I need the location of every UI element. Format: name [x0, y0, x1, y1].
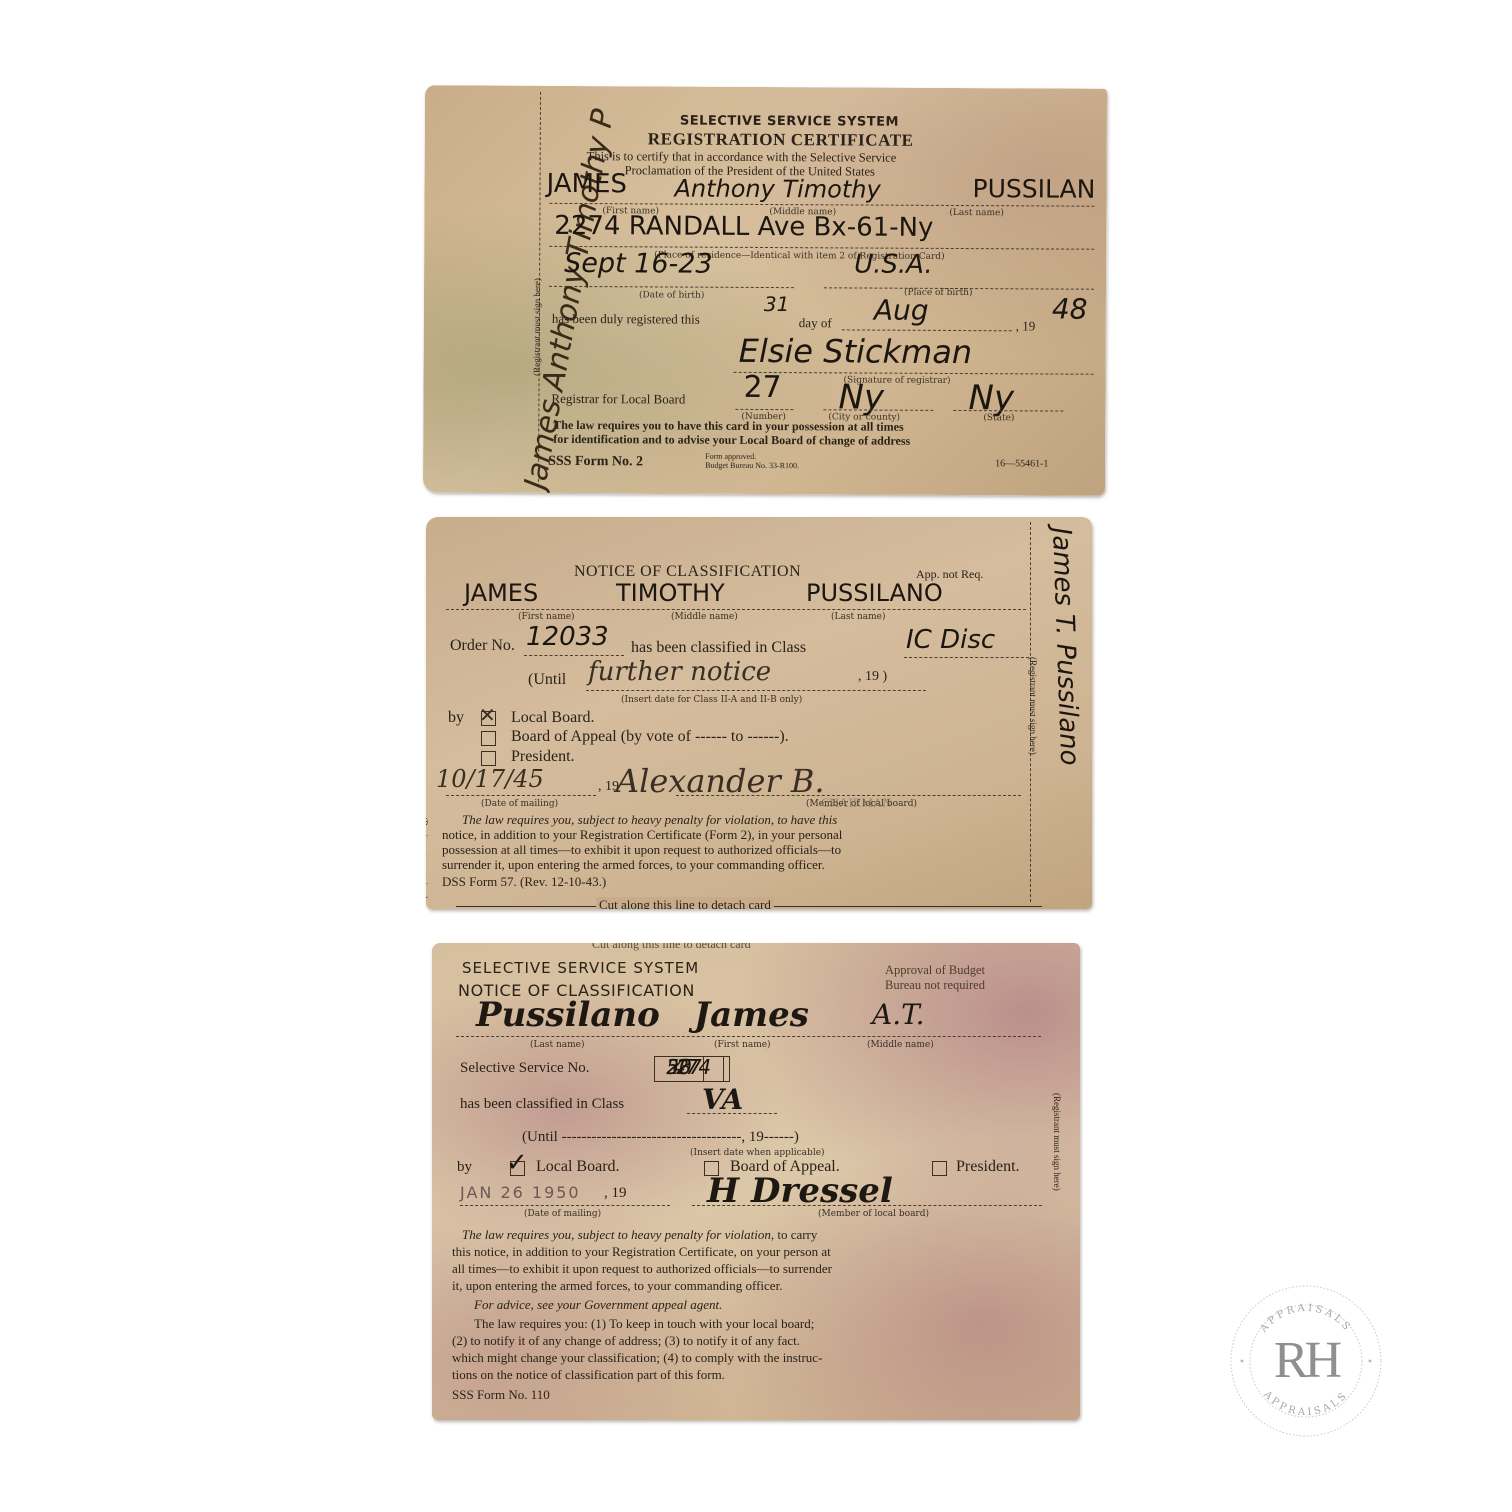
- watermark-monogram: RH: [1228, 1331, 1384, 1390]
- until-open: (Until: [528, 671, 566, 689]
- card3-law-line2: this notice, in addition to your Registr…: [452, 1244, 831, 1260]
- registration-certificate-card: (Registrant must sign here) James Anthon…: [423, 85, 1107, 496]
- cut-line: Cut along this line to detach card: [596, 897, 774, 909]
- board-of-appeal-checkbox: [481, 731, 496, 746]
- card3-until-text: (Until ---------------------------------…: [522, 1129, 799, 1146]
- option-board-of-appeal: Board of Appeal (by vote of ------ to --…: [511, 728, 789, 746]
- card1-dob-caption: (Date of birth): [639, 290, 704, 300]
- registered-month: Aug: [874, 294, 929, 327]
- date-of-mailing: 10/17/45: [436, 765, 544, 793]
- card3-law-line3: all times—to exhibit it upon request to …: [452, 1261, 832, 1277]
- order-label: Order No.: [450, 637, 515, 655]
- rh-appraisals-watermark-logo: APPRAISALS APPRAISALS RH: [1228, 1283, 1384, 1439]
- card1-law-line2: for identification and to advise your Lo…: [553, 432, 910, 449]
- date-caption: (Date of mailing): [524, 1209, 601, 1219]
- last-name-caption: (Last name): [530, 1040, 584, 1050]
- card2-law-italic: The law requires you, subject to heavy p…: [462, 812, 837, 828]
- card3-option-president: President.: [956, 1158, 1020, 1176]
- ss-no-label: Selective Service No.: [460, 1060, 590, 1077]
- card1-residence: 2274 RANDALL Ave Bx-61-Ny: [554, 211, 933, 243]
- ss-no-box: 474: [654, 1056, 730, 1082]
- first-name-caption: (First name): [518, 612, 575, 622]
- date-caption: (Date of mailing): [481, 799, 558, 809]
- card1-title: REGISTRATION CERTIFICATE: [648, 129, 914, 150]
- card3-law-italic: The law requires you, subject to heavy p…: [462, 1227, 774, 1242]
- last-name-caption: (Last name): [831, 612, 885, 622]
- registered-day: 31: [764, 292, 790, 316]
- form-approved: Form approved.: [705, 452, 756, 461]
- card3-class-value: VA: [702, 1083, 743, 1116]
- card1-last-name: PUSSILAN: [972, 174, 1095, 204]
- card2-law-line2: notice, in addition to your Registration…: [442, 827, 842, 843]
- by-label: by: [448, 709, 464, 727]
- card3-header: SELECTIVE SERVICE SYSTEM: [462, 959, 699, 977]
- registered-year: 48: [1052, 293, 1088, 326]
- middle-name-caption: (Middle name): [867, 1040, 934, 1050]
- registrar-signature: Elsie Stickman: [739, 332, 973, 371]
- date-stamp: JAN 26 1950: [460, 1183, 581, 1202]
- classified-text: has been classified in Class: [631, 639, 806, 657]
- approval-line2: Bureau not required: [885, 978, 985, 993]
- until-caption: (Insert date for Class II-A and II-B onl…: [621, 695, 802, 705]
- card2-last-name: PUSSILANO: [806, 579, 943, 607]
- card2-form-no: DSS Form 57. (Rev. 12-10-43.): [442, 874, 606, 890]
- president-checkbox: [932, 1161, 947, 1176]
- top-cut-line: Cut along this line to detach card: [592, 943, 751, 952]
- card2-law-line3: possession at all times—to exhibit it up…: [442, 842, 841, 858]
- req-line3: which might change your classification; …: [452, 1350, 822, 1366]
- registered-text: has been duly registered this: [552, 311, 700, 328]
- option-president: President.: [511, 748, 575, 766]
- card3-form-no: SSS Form No. 110: [452, 1387, 550, 1403]
- until-value: further notice: [588, 657, 771, 687]
- registrant-sign-caption: (Registrant must sign here): [1052, 1093, 1062, 1191]
- day-of-text: day of: [799, 315, 832, 331]
- checkmark-x-icon: ✕: [479, 703, 496, 727]
- card2-law-line4: surrender it, upon entering the armed fo…: [442, 857, 825, 873]
- order-number: 12033: [526, 622, 609, 652]
- card2-middle-name: TIMOTHY: [616, 579, 725, 607]
- first-name-caption: (First name): [714, 1040, 771, 1050]
- approval-line1: Approval of Budget: [885, 963, 985, 978]
- card1-date-of-birth: Sept 16-23: [564, 248, 713, 280]
- registrant-side-signature: James T. Pussilano: [1046, 527, 1084, 766]
- card1-last-name-caption: (Last name): [949, 208, 1004, 218]
- budget-bureau: Budget Bureau No. 33-R100.: [705, 461, 799, 470]
- notice-of-classification-1950-card: Cut along this line to detach card (Regi…: [432, 943, 1080, 1420]
- card3-law-line4: it, upon entering the armed forces, to y…: [452, 1278, 782, 1294]
- req-line2: (2) to notify it of any change of addres…: [452, 1333, 800, 1349]
- card3-by-label: by: [457, 1159, 472, 1176]
- left-sign-caption: (Registrant must sign here): [426, 817, 429, 909]
- notice-of-classification-1945-card: (Registrant must sign here) (Registrant …: [426, 517, 1092, 909]
- until-caption: (Insert date when applicable): [690, 1148, 825, 1158]
- card3-classified-text: has been classified in Class: [460, 1096, 624, 1113]
- card3-law-line1-end: to carry: [774, 1227, 817, 1242]
- chairman-stamp: CHAIRMAN: [821, 795, 892, 811]
- card3-option-local-board: Local Board.: [536, 1158, 620, 1176]
- class-value: IC Disc: [906, 625, 995, 655]
- registrant-sign-caption: (Registrant must sign here): [1028, 657, 1038, 755]
- card1-first-name: JAMES: [546, 169, 627, 199]
- card1-header: SELECTIVE SERVICE SYSTEM: [680, 114, 899, 130]
- year-prefix: , 19: [1016, 318, 1036, 334]
- card2-first-name: JAMES: [464, 579, 538, 607]
- req-line4: tions on the notice of classification pa…: [452, 1367, 725, 1383]
- checkmark-icon: ✓: [506, 1148, 528, 1178]
- advice-text: For advice, see your Government appeal a…: [474, 1297, 722, 1313]
- card3-first-name: James: [694, 995, 809, 1035]
- state-caption: (State): [983, 413, 1014, 423]
- card3-last-name: Pussilano: [476, 995, 660, 1035]
- option-local-board: Local Board.: [511, 709, 595, 727]
- card1-serial: 16—55461-1: [995, 458, 1048, 469]
- board-member-caption: (Member of local board): [818, 1209, 929, 1219]
- year-prefix: , 19: [604, 1185, 627, 1202]
- local-board-label: Registrar for Local Board: [551, 391, 685, 408]
- local-board-number: 27: [743, 370, 781, 405]
- card1-place-of-birth: U.S.A.: [854, 249, 933, 279]
- svg-text:APPRAISALS: APPRAISALS: [1261, 1388, 1351, 1418]
- card1-form-no: SSS Form No. 2: [548, 454, 643, 470]
- card1-middle-name: Anthony Timothy: [674, 175, 880, 204]
- middle-name-caption: (Middle name): [671, 612, 738, 622]
- req-line1: The law requires you: (1) To keep in tou…: [474, 1316, 814, 1332]
- until-close: , 19 ): [858, 669, 887, 685]
- card3-middle-name: A.T.: [872, 998, 925, 1031]
- president-checkbox: [481, 751, 496, 766]
